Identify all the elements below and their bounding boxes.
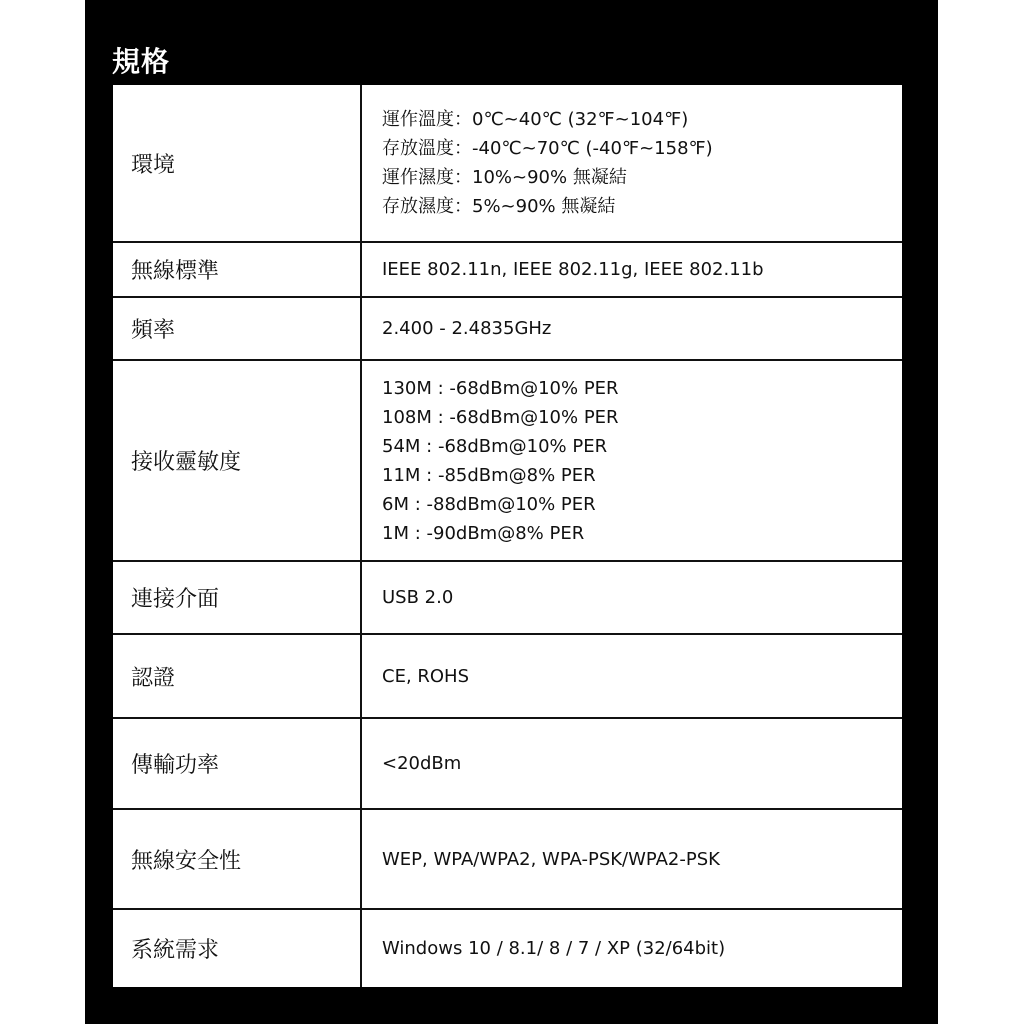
- spec-value: <20dBm: [361, 718, 902, 809]
- spec-label: 頻率: [113, 297, 361, 360]
- spec-value: CE, ROHS: [361, 634, 902, 718]
- spec-value-line: 運作溫度：0℃~40℃ (32℉~104℉): [382, 105, 902, 134]
- spec-value-line: 11M : -85dBm@8% PER: [382, 461, 902, 490]
- spec-row: 無線安全性WEP, WPA/WPA2, WPA-PSK/WPA2-PSK: [113, 809, 902, 909]
- spec-value-line: 108M : -68dBm@10% PER: [382, 403, 902, 432]
- spec-label: 認證: [113, 634, 361, 718]
- spec-value: IEEE 802.11n, IEEE 802.11g, IEEE 802.11b: [361, 242, 902, 297]
- spec-label: 無線安全性: [113, 809, 361, 909]
- spec-value-line: USB 2.0: [382, 583, 902, 612]
- page-title: 規格: [112, 40, 170, 80]
- spec-value-line: IEEE 802.11n, IEEE 802.11g, IEEE 802.11b: [382, 255, 902, 284]
- spec-value: 130M : -68dBm@10% PER108M : -68dBm@10% P…: [361, 360, 902, 561]
- spec-table: 環境運作溫度：0℃~40℃ (32℉~104℉)存放溫度：-40℃~70℃ (-…: [113, 85, 902, 987]
- spec-label: 無線標準: [113, 242, 361, 297]
- spec-row: 無線標準IEEE 802.11n, IEEE 802.11g, IEEE 802…: [113, 242, 902, 297]
- spec-value: Windows 10 / 8.1/ 8 / 7 / XP (32/64bit): [361, 909, 902, 987]
- spec-value-line: 54M : -68dBm@10% PER: [382, 432, 902, 461]
- spec-value-line: <20dBm: [382, 749, 902, 778]
- spec-value: 運作溫度：0℃~40℃ (32℉~104℉)存放溫度：-40℃~70℃ (-40…: [361, 85, 902, 242]
- spec-value-line: 存放濕度：5%~90% 無凝結: [382, 192, 902, 221]
- spec-value-line: 6M : -88dBm@10% PER: [382, 490, 902, 519]
- spec-label: 系統需求: [113, 909, 361, 987]
- spec-value-line: 存放溫度：-40℃~70℃ (-40℉~158℉): [382, 134, 902, 163]
- spec-value-line: CE, ROHS: [382, 662, 902, 691]
- spec-row: 傳輸功率<20dBm: [113, 718, 902, 809]
- spec-label: 接收靈敏度: [113, 360, 361, 561]
- spec-value-line: 運作濕度：10%~90% 無凝結: [382, 163, 902, 192]
- spec-row: 環境運作溫度：0℃~40℃ (32℉~104℉)存放溫度：-40℃~70℃ (-…: [113, 85, 902, 242]
- spec-value-line: WEP, WPA/WPA2, WPA-PSK/WPA2-PSK: [382, 845, 902, 874]
- spec-label: 傳輸功率: [113, 718, 361, 809]
- spec-row: 系統需求Windows 10 / 8.1/ 8 / 7 / XP (32/64b…: [113, 909, 902, 987]
- spec-value: 2.400 - 2.4835GHz: [361, 297, 902, 360]
- spec-value-line: Windows 10 / 8.1/ 8 / 7 / XP (32/64bit): [382, 934, 902, 963]
- spec-row: 頻率2.400 - 2.4835GHz: [113, 297, 902, 360]
- spec-value-line: 2.400 - 2.4835GHz: [382, 314, 902, 343]
- spec-value-line: 1M : -90dBm@8% PER: [382, 519, 902, 548]
- spec-row: 接收靈敏度130M : -68dBm@10% PER108M : -68dBm@…: [113, 360, 902, 561]
- spec-value: USB 2.0: [361, 561, 902, 634]
- spec-label: 環境: [113, 85, 361, 242]
- spec-value-line: 130M : -68dBm@10% PER: [382, 374, 902, 403]
- spec-row: 認證CE, ROHS: [113, 634, 902, 718]
- spec-row: 連接介面USB 2.0: [113, 561, 902, 634]
- spec-value: WEP, WPA/WPA2, WPA-PSK/WPA2-PSK: [361, 809, 902, 909]
- spec-label: 連接介面: [113, 561, 361, 634]
